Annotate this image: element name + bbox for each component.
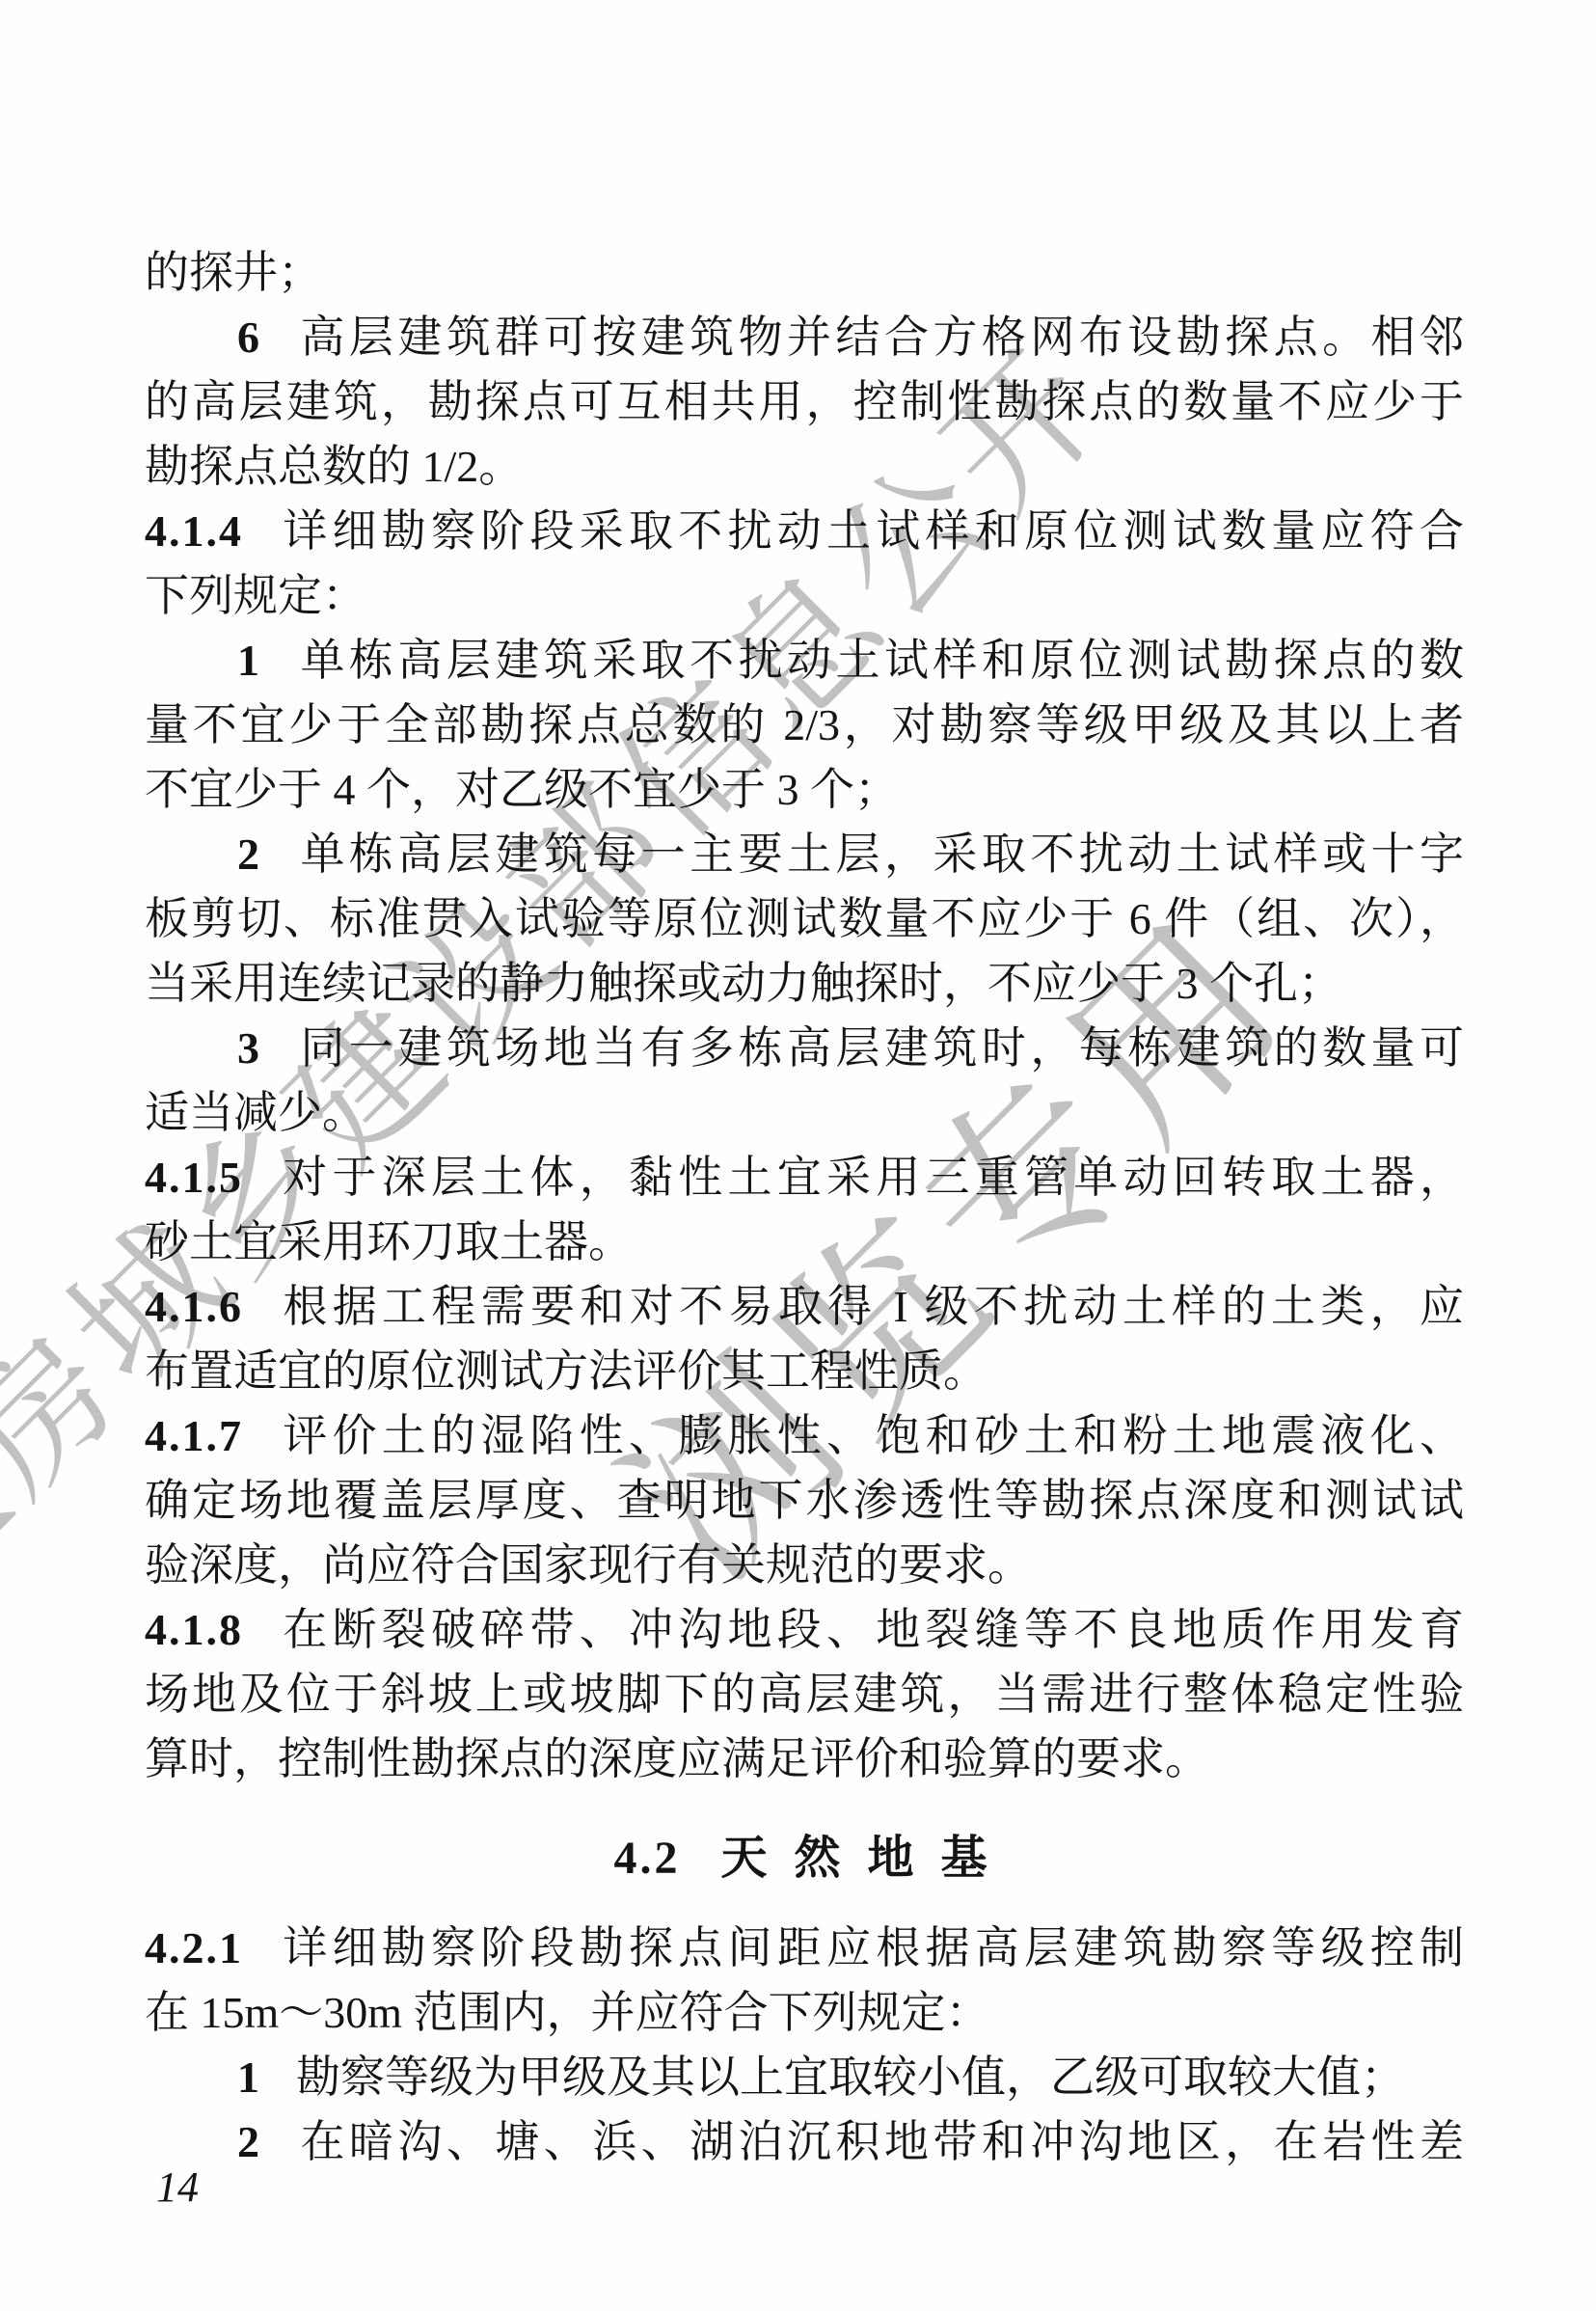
line-text: 算时，控制性勘探点的深度应满足评价和验算的要求。 [145,1734,1209,1783]
page-number: 14 [156,2162,199,2212]
item-number: 6 [237,313,261,362]
line-text: 单栋高层建筑每一主要土层，采取不扰动土试样或十字 [296,829,1464,879]
line-text: 勘探点总数的 1/2。 [145,442,523,491]
clause-number: 4.1.6 [145,1282,243,1331]
text-line: 算时，控制性勘探点的深度应满足评价和验算的要求。 [145,1726,1464,1791]
text-line: 砂土宜采用环刀取土器。 [145,1210,1464,1274]
line-text: 砂土宜采用环刀取土器。 [145,1217,633,1266]
text-line: 确定场地覆盖层厚度、查明地下水渗透性等勘探点深度和测试试 [145,1468,1464,1533]
line-text: 的探井； [145,248,322,297]
line-text: 板剪切、标准贯入试验等原位测试数量不应少于 6 件（组、次）， [145,894,1464,943]
text-line: 在 15m～30m 范围内，并应符合下列规定： [145,1980,1464,2045]
text-line: 的高层建筑，勘探点可互相共用，控制性勘探点的数量不应少于 [145,369,1464,434]
clause-number: 4.1.5 [145,1153,243,1202]
text-line: 2在暗沟、塘、浜、湖泊沉积地带和冲沟地区，在岩性差 [145,2109,1464,2174]
clause-number: 4.2.1 [145,1923,243,1972]
item-number: 1 [237,636,261,685]
text-line: 4.2.1详细勘察阶段勘探点间距应根据高层建筑勘察等级控制 [145,1916,1464,1980]
line-text: 对于深层土体，黏性土宜采用三重管单动回转取土器， [278,1153,1464,1202]
line-text: 评价土的湿陷性、膨胀性、饱和砂土和粉土地震液化、 [278,1411,1464,1460]
text-line: 板剪切、标准贯入试验等原位测试数量不应少于 6 件（组、次）， [145,886,1464,951]
line-text: 当采用连续记录的静力触探或动力触探时，不应少于 3 个孔； [145,959,1342,1008]
text-line: 1单栋高层建筑采取不扰动土试样和原位测试勘探点的数 [145,628,1464,693]
line-text: 单栋高层建筑采取不扰动土试样和原位测试勘探点的数 [296,636,1464,685]
text-line: 勘探点总数的 1/2。 [145,434,1464,499]
clause-number: 4.1.7 [145,1411,243,1460]
line-text: 高层建筑群可按建筑物并结合方格网布设勘探点。相邻 [296,313,1464,362]
line-text: 同一建筑场地当有多栋高层建筑时，每栋建筑的数量可 [296,1023,1464,1073]
text-line: 下列规定： [145,563,1464,628]
text-line: 验深度，尚应符合国家现行有关规范的要求。 [145,1533,1464,1597]
text-line: 的探井； [145,240,1464,305]
text-line: 4.1.5对于深层土体，黏性土宜采用三重管单动回转取土器， [145,1145,1464,1210]
item-number: 3 [237,1023,261,1073]
text-line: 量不宜少于全部勘探点总数的 2/3，对勘察等级甲级及其以上者 [145,693,1464,757]
section-heading: 4.2天 然 地 基 [145,1826,1464,1890]
clause-number: 4.1.4 [145,506,243,556]
line-text: 下列规定： [145,571,366,620]
document-page: 住房城乡建设部信息公开 浏览专用 的探井；6高层建筑群可按建筑物并结合方格网布设… [0,0,1596,2311]
text-line: 3同一建筑场地当有多栋高层建筑时，每栋建筑的数量可 [145,1016,1464,1080]
line-text: 验深度，尚应符合国家现行有关规范的要求。 [145,1540,1032,1590]
line-text: 根据工程需要和对不易取得 I 级不扰动土样的土类，应 [278,1282,1464,1331]
text-block-top: 的探井；6高层建筑群可按建筑物并结合方格网布设勘探点。相邻的高层建筑，勘探点可互… [145,240,1464,1791]
text-line: 不宜少于 4 个，对乙级不宜少于 3 个； [145,757,1464,822]
line-text: 不宜少于 4 个，对乙级不宜少于 3 个； [145,765,899,814]
text-line: 布置适宜的原位测试方法评价其工程性质。 [145,1339,1464,1403]
item-number: 2 [237,829,261,879]
line-text: 场地及位于斜坡上或坡脚下的高层建筑，当需进行整体稳定性验 [145,1670,1464,1719]
text-line: 2单栋高层建筑每一主要土层，采取不扰动土试样或十字 [145,822,1464,886]
section-title: 天 然 地 基 [720,1833,994,1884]
line-text: 适当减少。 [145,1088,366,1137]
line-text: 详细勘察阶段采取不扰动土试样和原位测试数量应符合 [278,506,1464,556]
text-line: 当采用连续记录的静力触探或动力触探时，不应少于 3 个孔； [145,951,1464,1016]
text-line: 4.1.6根据工程需要和对不易取得 I 级不扰动土样的土类，应 [145,1274,1464,1339]
line-text: 在 15m～30m 范围内，并应符合下列规定： [145,1988,990,2037]
line-text: 量不宜少于全部勘探点总数的 2/3，对勘察等级甲级及其以上者 [145,700,1464,749]
text-block-bottom: 4.2.1详细勘察阶段勘探点间距应根据高层建筑勘察等级控制在 15m～30m 范… [145,1916,1464,2174]
clause-number: 4.1.8 [145,1605,243,1654]
line-text: 详细勘察阶段勘探点间距应根据高层建筑勘察等级控制 [278,1923,1464,1972]
text-line: 4.1.8在断裂破碎带、冲沟地段、地裂缝等不良地质作用发育 [145,1597,1464,1662]
item-number: 1 [237,2053,261,2102]
line-text: 的高层建筑，勘探点可互相共用，控制性勘探点的数量不应少于 [145,377,1464,426]
text-line: 6高层建筑群可按建筑物并结合方格网布设勘探点。相邻 [145,305,1464,369]
text-line: 4.1.7评价土的湿陷性、膨胀性、饱和砂土和粉土地震液化、 [145,1403,1464,1468]
text-line: 场地及位于斜坡上或坡脚下的高层建筑，当需进行整体稳定性验 [145,1662,1464,1726]
line-text: 在断裂破碎带、冲沟地段、地裂缝等不良地质作用发育 [278,1605,1464,1654]
text-line: 4.1.4详细勘察阶段采取不扰动土试样和原位测试数量应符合 [145,499,1464,563]
line-text: 确定场地覆盖层厚度、查明地下水渗透性等勘探点深度和测试试 [145,1476,1464,1525]
line-text: 在暗沟、塘、浜、湖泊沉积地带和冲沟地区，在岩性差 [296,2117,1464,2166]
line-text: 布置适宜的原位测试方法评价其工程性质。 [145,1346,987,1396]
document-body: 的探井；6高层建筑群可按建筑物并结合方格网布设勘探点。相邻的高层建筑，勘探点可互… [145,240,1464,2174]
item-number: 2 [237,2117,261,2166]
text-line: 1勘察等级为甲级及其以上宜取较小值，乙级可取较大值； [145,2045,1464,2109]
section-number: 4.2 [613,1833,680,1884]
text-line: 适当减少。 [145,1080,1464,1145]
line-text: 勘察等级为甲级及其以上宜取较小值，乙级可取较大值； [296,2053,1405,2102]
